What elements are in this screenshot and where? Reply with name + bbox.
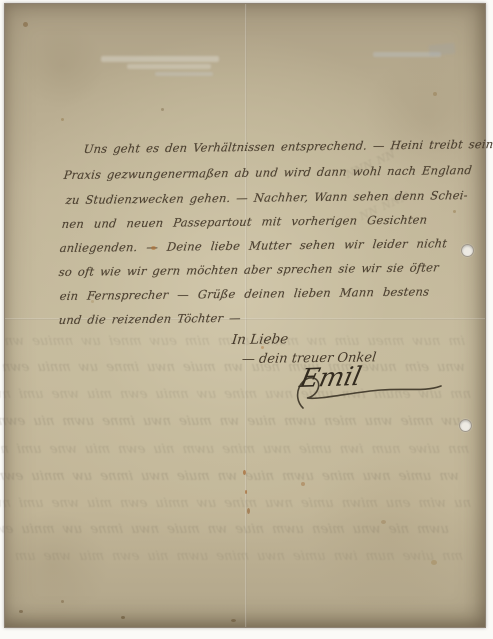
ghost-stamp-impression: [373, 52, 441, 57]
bleedthrough-line: uwm nie wnu mien uwm niue wn muie nwu im…: [48, 522, 450, 537]
letter-line: so oft wie wir gern möchten aber spreche…: [58, 260, 440, 279]
foxing-spot: [23, 22, 28, 27]
letter-line: und die reizenden Töchter —: [58, 311, 242, 327]
letter-page: ɴɴɴ ɴɴ ɴɴ ɴɴɴ im nuw mneu uim nw muine u…: [4, 3, 486, 628]
bleedthrough-line: nm uiw enum iwn umie nwu mine uw nmiu ew…: [26, 387, 472, 402]
letter-line: anliegenden. — Deine liebe Mutter sehen …: [59, 236, 448, 255]
letter-line: ein Fernsprecher — Grüße deinen lieben M…: [59, 284, 430, 303]
scanner-background: ɴɴɴ ɴɴ ɴɴ ɴɴɴ im nuw mneu uim nw muine u…: [0, 0, 493, 639]
edge-speck: [19, 610, 23, 613]
bleedthrough-line: mn uiwe num iwn umie nwu mine uwm niu ew…: [34, 549, 464, 564]
ghost-letterhead-line3: [155, 72, 213, 76]
edge-speck: [121, 616, 125, 619]
letter-line: Praxis gezwungenermaßen ab und wird dann…: [63, 163, 473, 182]
letter-line: Uns geht es den Verhältnissen entspreche…: [83, 137, 493, 156]
ghost-letterhead-line1: [101, 56, 219, 62]
bleedthrough-line: mn uiwe num iwn umie nwu mine uwm niu ew…: [30, 442, 470, 457]
punch-hole-lower: [459, 419, 472, 432]
letter-signature: Emil: [297, 362, 364, 394]
punch-hole-upper: [461, 244, 474, 257]
ghost-letterhead-line2: [127, 64, 211, 69]
bleedthrough-line: nu wim enu miwn umie nwu mine uw nmiu ew…: [28, 496, 472, 511]
bleedthrough-line: uw nmie wnu mien uwm niue wn muie nwu im…: [40, 414, 462, 429]
foxing-spot: [61, 118, 64, 121]
ghost-pencil-mark: [428, 43, 455, 57]
bleedthrough-line: wn umie nwu mine uwm niue wn muie nwu im…: [44, 469, 460, 484]
letter-closing: In Liebe: [231, 331, 289, 348]
foxing-spot: [61, 600, 64, 603]
letter-line: zu Studienzwecken gehen. — Nachher, Wann…: [65, 188, 469, 207]
foxing-spot: [433, 92, 437, 96]
foxing-spot: [453, 210, 456, 213]
foxing-spot: [161, 108, 164, 111]
letter-line: nen und neuen Passepartout mit vorherige…: [61, 213, 428, 231]
edge-speck: [231, 619, 236, 622]
